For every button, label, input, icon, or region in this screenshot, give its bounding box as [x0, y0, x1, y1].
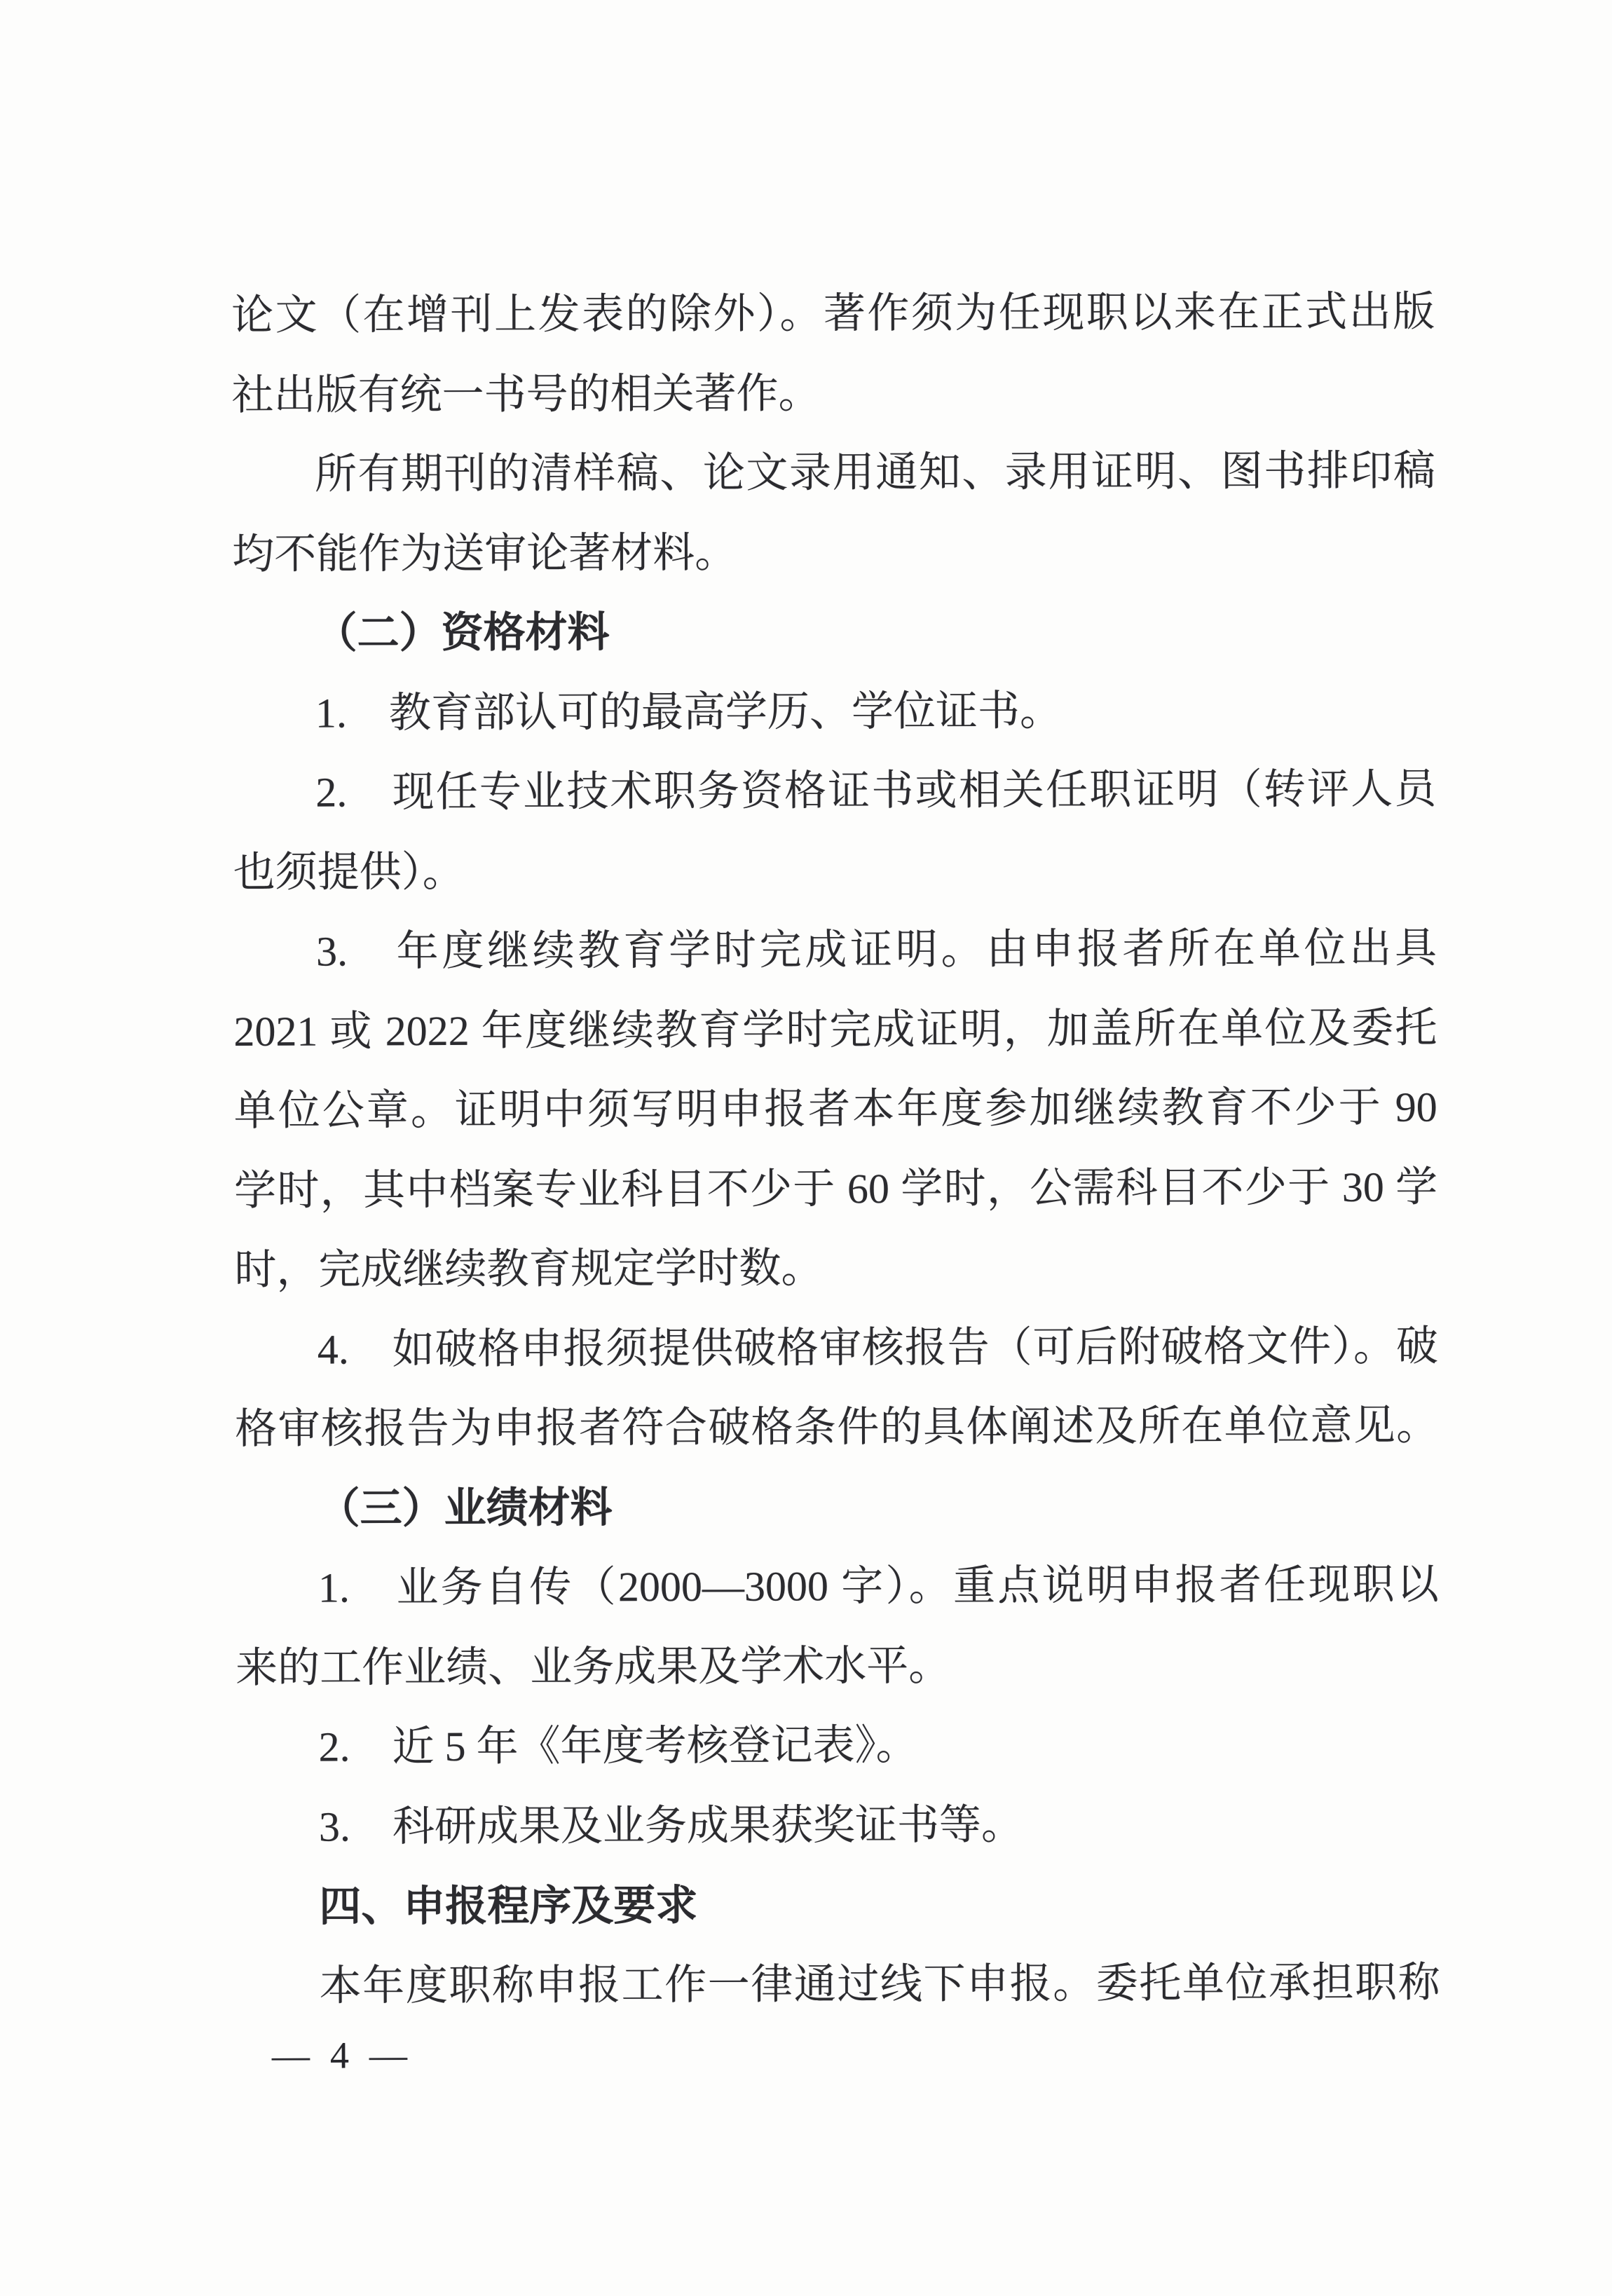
list-item-line: 3. 科研成果及业务成果获奖证书等。 [236, 1784, 1440, 1867]
body-text-line: 学时，其中档案专业科目不少于 60 学时，公需科目不少于 30 学 [234, 1147, 1437, 1231]
document-text: 论文（在增刊上发表的除外）。著作须为任现职以来在正式出版 社出版有统一书号的相关… [231, 273, 1440, 2096]
section-heading-qualification-materials: （二）资格材料 [232, 591, 1435, 674]
list-item-line: 1. 业务自传（2000—3000 字）。重点说明申报者任现职以 [235, 1545, 1439, 1629]
list-item-line: 1. 教育部认可的最高学历、学位证书。 [233, 670, 1436, 753]
body-text-line: 来的工作业绩、业务成果及学术水平。 [235, 1625, 1439, 1708]
body-text-line: 格审核报告为申报者符合破格条件的具体阐述及所在单位意见。 [235, 1386, 1438, 1470]
section-heading-application-procedure: 四、申报程序及要求 [236, 1864, 1440, 1947]
list-item-line: 4. 如破格申报须提供破格审核报告（可后附破格文件）。破 [235, 1306, 1438, 1390]
list-item-line: 2. 近 5 年《年度考核登记表》。 [235, 1704, 1439, 1788]
body-text-line: 均不能作为送审论著材料。 [232, 511, 1435, 594]
list-item-line: 2. 现任专业技术职务资格证书或相关任职证明（转评人员 [233, 750, 1436, 833]
body-text-line: 本年度职称申报工作一律通过线下申报。委托单位承担职称 [236, 1943, 1440, 2026]
body-text-line: 单位公章。证明中须写明申报者本年度参加继续教育不少于 90 [234, 1068, 1437, 1152]
body-text-line: 所有期刊的清样稿、论文录用通知、录用证明、图书排印稿 [232, 432, 1435, 515]
body-text-line: 时，完成继续教育规定学时数。 [234, 1227, 1437, 1311]
body-text-line: 2021 或 2022 年度继续教育学时完成证明，加盖所在单位及委托 [233, 988, 1437, 1072]
body-text-line: 论文（在增刊上发表的除外）。著作须为任现职以来在正式出版 [231, 273, 1435, 356]
document-page: 论文（在增刊上发表的除外）。著作须为任现职以来在正式出版 社出版有统一书号的相关… [0, 0, 1612, 2296]
body-text-line: 也须提供）。 [233, 829, 1436, 913]
section-heading-performance-materials: （三）业绩材料 [235, 1465, 1438, 1549]
body-text-line: 社出版有统一书号的相关著作。 [231, 352, 1435, 435]
list-item-line: 3. 年度继续教育学时完成证明。由申报者所在单位出具 [233, 909, 1437, 992]
